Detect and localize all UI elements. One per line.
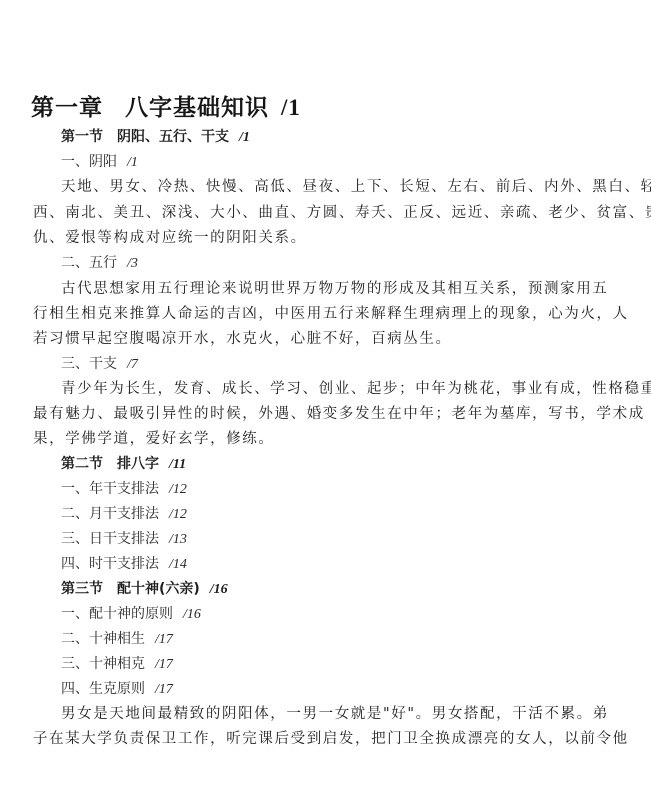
paragraph-line: 天地、男女、冷热、快慢、高低、昼夜、上下、长短、左右、前后、内外、黑白、轻重、东 [61, 178, 629, 196]
paragraph-line: 行相生相克来推算人命运的吉凶，中医用五行来解释生理病理上的现象，心为火，人 [33, 305, 601, 323]
subsection-page-ref: /3 [127, 256, 138, 271]
chapter-label: 第一章 [31, 94, 103, 121]
paragraph-line: 子在某大学负责保卫工作，听完课后受到启发，把门卫全换成漂亮的女人，以前令他 [33, 730, 601, 748]
subsection-heading: 二、月干支排法/12 [61, 505, 187, 524]
chapter-heading: 第一章八字基础知识/1 [31, 89, 301, 122]
subsection-heading: 二、五行/3 [61, 254, 138, 273]
subsection-title: 三、干支 [61, 356, 117, 372]
subsection-title: 二、十神相生 [61, 631, 145, 647]
chapter-title: 八字基础知识 [125, 94, 269, 121]
subsection-page-ref: /17 [155, 682, 173, 697]
subsection-heading: 四、生克原则/17 [61, 680, 173, 699]
paragraph-line: 青少年为长生，发育、成长、学习、创业、起步；中年为桃花，事业有成，性格稳重， [61, 380, 629, 398]
subsection-page-ref: /12 [169, 482, 187, 497]
subsection-page-ref: /1 [127, 155, 138, 170]
subsection-heading: 一、阴阳/1 [61, 153, 138, 172]
subsection-title: 二、五行 [61, 255, 117, 271]
subsection-heading: 二、十神相生/17 [61, 630, 173, 649]
subsection-heading: 一、配十神的原则/16 [61, 605, 201, 624]
subsection-page-ref: /7 [127, 357, 138, 372]
section-label: 第三节 [61, 581, 103, 597]
section-heading: 第一节阴阳、五行、干支/1 [61, 128, 250, 147]
section-page-ref: /16 [210, 582, 228, 597]
subsection-page-ref: /16 [183, 607, 201, 622]
subsection-title: 一、年干支排法 [61, 481, 159, 497]
section-title: 排八字 [117, 456, 159, 472]
paragraph-line: 西、南北、美丑、深浅、大小、曲直、方圆、寿夭、正反、远近、亲疏、老少、贫富、贵贱… [33, 204, 601, 222]
subsection-title: 三、十神相克 [61, 656, 145, 672]
subsection-title: 四、时干支排法 [61, 556, 159, 572]
subsection-title: 四、生克原则 [61, 681, 145, 697]
subsection-page-ref: /14 [169, 557, 187, 572]
chapter-page-ref: /1 [281, 95, 301, 120]
subsection-page-ref: /13 [169, 532, 187, 547]
section-title: 阴阳、五行、干支 [117, 129, 229, 145]
subsection-heading: 三、干支/7 [61, 355, 138, 374]
paragraph-line: 最有魅力、最吸引异性的时候，外遇、婚变多发生在中年；老年为墓库，写书，学术成 [33, 405, 601, 423]
section-heading: 第二节排八字/11 [61, 455, 186, 474]
subsection-title: 三、日干支排法 [61, 531, 159, 547]
subsection-heading: 四、时干支排法/14 [61, 555, 187, 574]
section-page-ref: /1 [239, 130, 250, 145]
subsection-heading: 三、十神相克/17 [61, 655, 173, 674]
subsection-heading: 三、日干支排法/13 [61, 530, 187, 549]
subsection-page-ref: /17 [155, 632, 173, 647]
subsection-page-ref: /12 [169, 507, 187, 522]
paragraph-line: 古代思想家用五行理论来说明世界万物万物的形成及其相互关系，预测家用五 [61, 280, 629, 298]
subsection-title: 一、阴阳 [61, 154, 117, 170]
subsection-page-ref: /17 [155, 657, 173, 672]
subsection-title: 二、月干支排法 [61, 506, 159, 522]
paragraph-line: 仇、爱恨等构成对应统一的阴阳关系。 [33, 229, 601, 247]
paragraph-line: 果，学佛学道，爱好玄学，修练。 [33, 430, 601, 448]
subsection-heading: 一、年干支排法/12 [61, 480, 187, 499]
section-heading: 第三节配十神(六亲)/16 [61, 580, 228, 599]
section-label: 第一节 [61, 129, 103, 145]
book-page: 第一章八字基础知识/1 第一节阴阳、五行、干支/1 一、阴阳/1 天地、男女、冷… [0, 0, 651, 796]
paragraph-line: 男女是天地间最精致的阴阳体，一男一女就是"好"。男女搭配，干活不累。弟 [61, 705, 629, 723]
section-page-ref: /11 [169, 457, 186, 472]
section-title: 配十神(六亲) [117, 581, 200, 597]
subsection-title: 一、配十神的原则 [61, 606, 173, 622]
section-label: 第二节 [61, 456, 103, 472]
paragraph-line: 若习惯早起空腹喝凉开水，水克火，心脏不好，百病丛生。 [33, 330, 601, 348]
